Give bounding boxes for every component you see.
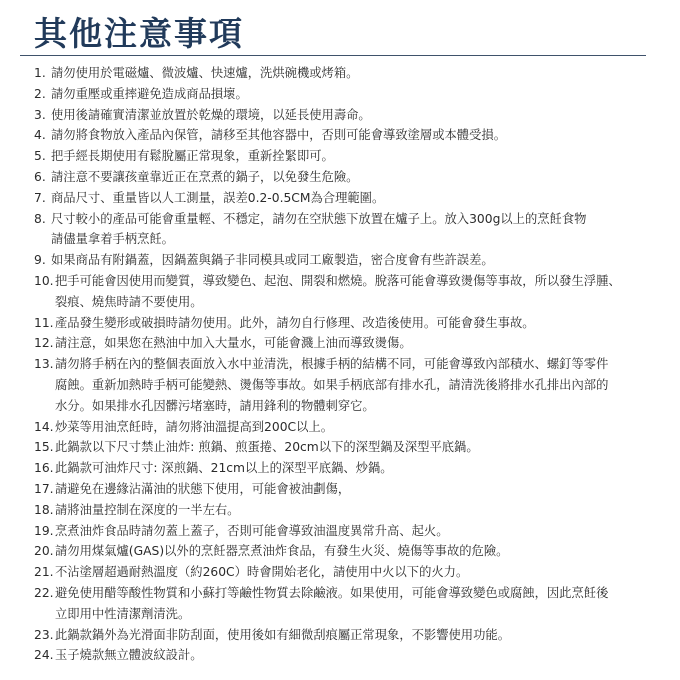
note-number: 9. <box>34 250 51 271</box>
note-number: 10. <box>34 271 55 313</box>
note-number: 6. <box>34 167 51 188</box>
note-text: 炒菜等用油烹飪時，請勿將油溫提高到200C以上。 <box>55 417 333 438</box>
note-line: 請勿使用於電磁爐、微波爐、快速爐，洗烘碗機或烤箱。 <box>51 63 358 84</box>
note-line: 請注意不要讓孩童靠近正在烹煮的鍋子，以免發生危險。 <box>51 167 358 188</box>
note-continuation-line: 請儘量拿着手柄烹飪。 <box>51 229 586 250</box>
note-line: 請勿將手柄在內的整個表面放入水中並清洗，根據手柄的結構不同，可能會導致內部積水、… <box>55 354 608 375</box>
note-line: 尺寸較小的產品可能會重量輕、不穩定，請勿在空狀態下放置在爐子上。放入300g以上… <box>51 209 586 230</box>
note-text: 尺寸較小的產品可能會重量輕、不穩定，請勿在空狀態下放置在爐子上。放入300g以上… <box>51 209 586 251</box>
note-line: 商品尺寸、重量皆以人工測量，誤差0.2-0.5CM為合理範圍。 <box>51 188 384 209</box>
note-number: 17. <box>34 479 55 500</box>
note-item: 6.請注意不要讓孩童靠近正在烹煮的鍋子，以免發生危險。 <box>34 167 664 188</box>
note-line: 玉子燒款無立體波紋設計。 <box>55 645 203 666</box>
note-line: 請避免在邊緣沾滿油的狀態下使用，可能會被油劃傷， <box>55 479 350 500</box>
note-line: 此鍋款鍋外為光滑面非防刮面，使用後如有細微刮痕屬正常現象，不影響使用功能。 <box>55 625 510 646</box>
note-item: 22.避免使用醋等酸性物質和小蘇打等鹼性物質去除鹼液。如果使用，可能會導致變色或… <box>34 583 664 625</box>
note-line: 請勿用煤氣爐(GAS)以外的烹飪器烹煮油炸食品，有發生火災、燒傷等事故的危險。 <box>55 541 508 562</box>
note-number: 13. <box>34 354 55 416</box>
note-number: 11. <box>34 313 55 334</box>
note-text: 不沾塗層超過耐熱溫度（約260C）時會開始老化，請使用中火以下的火力。 <box>55 562 468 583</box>
note-continuation-line: 裂痕、燒焦時請不要使用。 <box>55 292 621 313</box>
note-text: 把手可能會因使用而變質，導致變色、起泡、開裂和燃燒。脫落可能會導致燙傷等事故，所… <box>55 271 621 313</box>
note-text: 請將油量控制在深度的一半左右。 <box>55 500 239 521</box>
note-text: 請勿使用於電磁爐、微波爐、快速爐，洗烘碗機或烤箱。 <box>51 63 358 84</box>
note-number: 5. <box>34 146 51 167</box>
note-item: 12.請注意，如果您在熱油中加入大量水，可能會濺上油而導致燙傷。 <box>34 333 664 354</box>
note-text: 此鍋款鍋外為光滑面非防刮面，使用後如有細微刮痕屬正常現象，不影響使用功能。 <box>55 625 510 646</box>
note-line: 避免使用醋等酸性物質和小蘇打等鹼性物質去除鹼液。如果使用，可能會導致變色或腐蝕，… <box>55 583 608 604</box>
note-item: 5.把手經長期使用有鬆脫屬正常現象，重新拴緊即可。 <box>34 146 664 167</box>
note-line: 產品發生變形或破損時請勿使用。此外，請勿自行修理、改造後使用。可能會發生事故。 <box>55 313 535 334</box>
note-line: 如果商品有附鍋蓋，因鍋蓋與鍋子非同模具或同工廠製造，密合度會有些許誤差。 <box>51 250 494 271</box>
note-text: 請勿將手柄在內的整個表面放入水中並清洗，根據手柄的結構不同，可能會導致內部積水、… <box>55 354 608 416</box>
note-continuation-line: 水分。如果排水孔因髒污堵塞時，請用鋒利的物體刺穿它。 <box>55 396 608 417</box>
note-line: 請勿重壓或重摔避免造成商品損壞。 <box>51 84 248 105</box>
note-number: 14. <box>34 417 55 438</box>
note-item: 9.如果商品有附鍋蓋，因鍋蓋與鍋子非同模具或同工廠製造，密合度會有些許誤差。 <box>34 250 664 271</box>
note-continuation-line: 腐蝕。重新加熱時手柄可能變熱、燙傷等事故。如果手柄底部有排水孔，請清洗後將排水孔… <box>55 375 608 396</box>
note-number: 21. <box>34 562 55 583</box>
note-text: 請勿重壓或重摔避免造成商品損壞。 <box>51 84 248 105</box>
page-title: 其他注意事項 <box>34 12 244 56</box>
note-text: 如果商品有附鍋蓋，因鍋蓋與鍋子非同模具或同工廠製造，密合度會有些許誤差。 <box>51 250 494 271</box>
note-text: 此鍋款以下尺寸禁止油炸: 煎鍋、煎蛋捲、20cm以下的深型鍋及深型平底鍋。 <box>55 437 479 458</box>
note-line: 把手經長期使用有鬆脫屬正常現象，重新拴緊即可。 <box>51 146 334 167</box>
note-number: 8. <box>34 209 51 251</box>
note-text: 把手經長期使用有鬆脫屬正常現象，重新拴緊即可。 <box>51 146 334 167</box>
note-item: 7.商品尺寸、重量皆以人工測量，誤差0.2-0.5CM為合理範圍。 <box>34 188 664 209</box>
note-line: 不沾塗層超過耐熱溫度（約260C）時會開始老化，請使用中火以下的火力。 <box>55 562 468 583</box>
note-number: 19. <box>34 521 55 542</box>
note-item: 21.不沾塗層超過耐熱溫度（約260C）時會開始老化，請使用中火以下的火力。 <box>34 562 664 583</box>
note-continuation-line: 立即用中性清潔劑清洗。 <box>55 604 608 625</box>
note-number: 3. <box>34 105 51 126</box>
note-text: 請勿將食物放入產品內保管，請移至其他容器中，否則可能會導致塗層或本體受損。 <box>51 125 506 146</box>
note-item: 10.把手可能會因使用而變質，導致變色、起泡、開裂和燃燒。脫落可能會導致燙傷等事… <box>34 271 664 313</box>
note-number: 22. <box>34 583 55 625</box>
note-item: 20.請勿用煤氣爐(GAS)以外的烹飪器烹煮油炸食品，有發生火災、燒傷等事故的危… <box>34 541 664 562</box>
note-item: 18.請將油量控制在深度的一半左右。 <box>34 500 664 521</box>
notes-list: 1.請勿使用於電磁爐、微波爐、快速爐，洗烘碗機或烤箱。2.請勿重壓或重摔避免造成… <box>34 63 664 666</box>
note-text: 避免使用醋等酸性物質和小蘇打等鹼性物質去除鹼液。如果使用，可能會導致變色或腐蝕，… <box>55 583 608 625</box>
note-number: 16. <box>34 458 55 479</box>
note-text: 產品發生變形或破損時請勿使用。此外，請勿自行修理、改造後使用。可能會發生事故。 <box>55 313 535 334</box>
note-text: 此鍋款可油炸尺寸: 深煎鍋、21cm以上的深型平底鍋、炒鍋。 <box>55 458 393 479</box>
note-text: 請避免在邊緣沾滿油的狀態下使用，可能會被油劃傷， <box>55 479 350 500</box>
note-item: 23.此鍋款鍋外為光滑面非防刮面，使用後如有細微刮痕屬正常現象，不影響使用功能。 <box>34 625 664 646</box>
note-item: 11.產品發生變形或破損時請勿使用。此外，請勿自行修理、改造後使用。可能會發生事… <box>34 313 664 334</box>
note-text: 請注意不要讓孩童靠近正在烹煮的鍋子，以免發生危險。 <box>51 167 358 188</box>
note-item: 1.請勿使用於電磁爐、微波爐、快速爐，洗烘碗機或烤箱。 <box>34 63 664 84</box>
note-line: 烹煮油炸食品時請勿蓋上蓋子，否則可能會導致油溫度異常升高、起火。 <box>55 521 449 542</box>
note-text: 商品尺寸、重量皆以人工測量，誤差0.2-0.5CM為合理範圍。 <box>51 188 384 209</box>
note-item: 16.此鍋款可油炸尺寸: 深煎鍋、21cm以上的深型平底鍋、炒鍋。 <box>34 458 664 479</box>
note-line: 此鍋款以下尺寸禁止油炸: 煎鍋、煎蛋捲、20cm以下的深型鍋及深型平底鍋。 <box>55 437 479 458</box>
note-item: 15.此鍋款以下尺寸禁止油炸: 煎鍋、煎蛋捲、20cm以下的深型鍋及深型平底鍋。 <box>34 437 664 458</box>
note-line: 此鍋款可油炸尺寸: 深煎鍋、21cm以上的深型平底鍋、炒鍋。 <box>55 458 393 479</box>
note-number: 12. <box>34 333 55 354</box>
note-number: 4. <box>34 125 51 146</box>
note-number: 7. <box>34 188 51 209</box>
title-divider <box>20 55 646 56</box>
note-text: 請注意，如果您在熱油中加入大量水，可能會濺上油而導致燙傷。 <box>55 333 412 354</box>
note-number: 1. <box>34 63 51 84</box>
note-item: 17.請避免在邊緣沾滿油的狀態下使用，可能會被油劃傷， <box>34 479 664 500</box>
note-text: 使用後請確實清潔並放置於乾燥的環境，以延長使用壽命。 <box>51 105 371 126</box>
note-item: 19.烹煮油炸食品時請勿蓋上蓋子，否則可能會導致油溫度異常升高、起火。 <box>34 521 664 542</box>
note-line: 使用後請確實清潔並放置於乾燥的環境，以延長使用壽命。 <box>51 105 371 126</box>
note-item: 2.請勿重壓或重摔避免造成商品損壞。 <box>34 84 664 105</box>
note-line: 請勿將食物放入產品內保管，請移至其他容器中，否則可能會導致塗層或本體受損。 <box>51 125 506 146</box>
note-text: 烹煮油炸食品時請勿蓋上蓋子，否則可能會導致油溫度異常升高、起火。 <box>55 521 449 542</box>
note-item: 3.使用後請確實清潔並放置於乾燥的環境，以延長使用壽命。 <box>34 105 664 126</box>
note-text: 請勿用煤氣爐(GAS)以外的烹飪器烹煮油炸食品，有發生火災、燒傷等事故的危險。 <box>55 541 508 562</box>
notice-page: 其他注意事項 1.請勿使用於電磁爐、微波爐、快速爐，洗烘碗機或烤箱。2.請勿重壓… <box>0 0 680 680</box>
note-text: 玉子燒款無立體波紋設計。 <box>55 645 203 666</box>
note-number: 20. <box>34 541 55 562</box>
note-number: 15. <box>34 437 55 458</box>
note-item: 13.請勿將手柄在內的整個表面放入水中並清洗，根據手柄的結構不同，可能會導致內部… <box>34 354 664 416</box>
note-item: 4.請勿將食物放入產品內保管，請移至其他容器中，否則可能會導致塗層或本體受損。 <box>34 125 664 146</box>
note-line: 炒菜等用油烹飪時，請勿將油溫提高到200C以上。 <box>55 417 333 438</box>
note-item: 24.玉子燒款無立體波紋設計。 <box>34 645 664 666</box>
note-number: 2. <box>34 84 51 105</box>
note-line: 請注意，如果您在熱油中加入大量水，可能會濺上油而導致燙傷。 <box>55 333 412 354</box>
note-line: 請將油量控制在深度的一半左右。 <box>55 500 239 521</box>
note-number: 24. <box>34 645 55 666</box>
note-item: 14.炒菜等用油烹飪時，請勿將油溫提高到200C以上。 <box>34 417 664 438</box>
note-item: 8.尺寸較小的產品可能會重量輕、不穩定，請勿在空狀態下放置在爐子上。放入300g… <box>34 209 664 251</box>
note-line: 把手可能會因使用而變質，導致變色、起泡、開裂和燃燒。脫落可能會導致燙傷等事故，所… <box>55 271 621 292</box>
note-number: 18. <box>34 500 55 521</box>
note-number: 23. <box>34 625 55 646</box>
